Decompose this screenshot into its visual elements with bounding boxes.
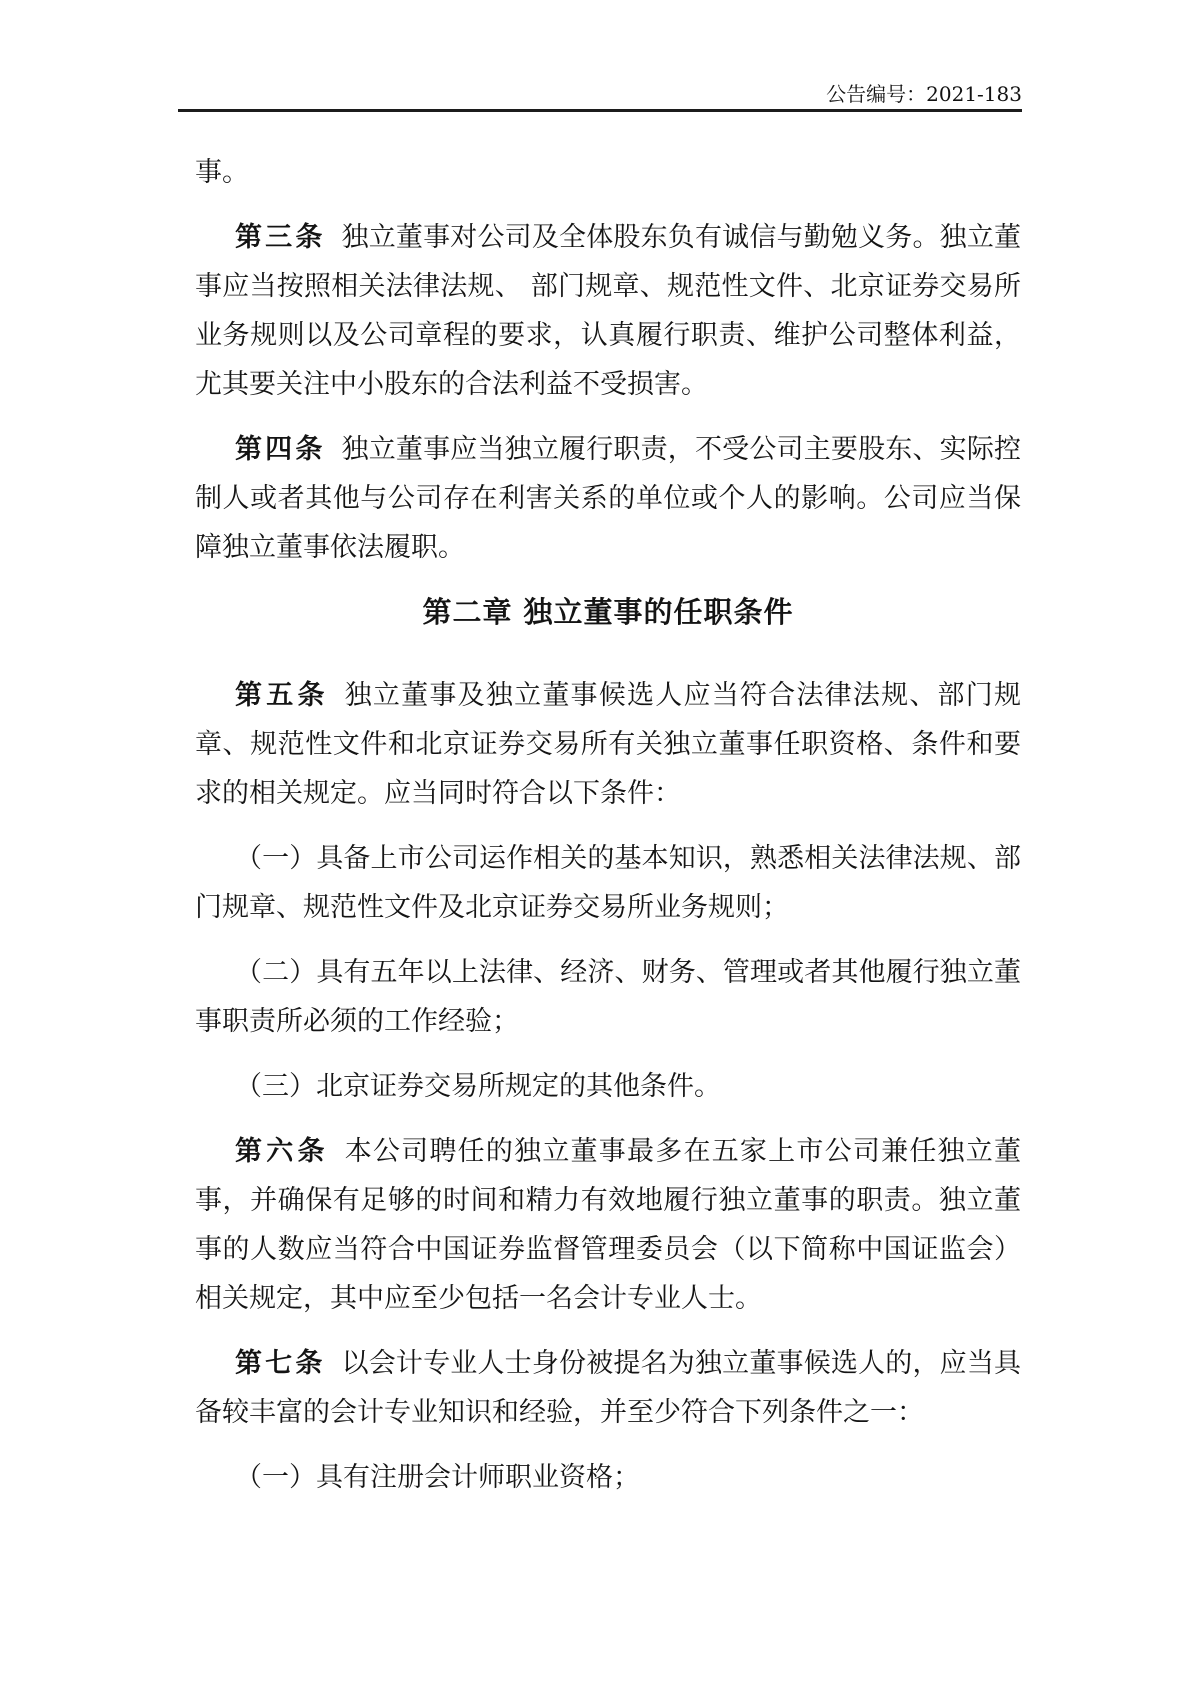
item-paragraph: （三）北京证券交易所规定的其他条件。 bbox=[195, 1062, 1021, 1111]
item-paragraph: （一）具备上市公司运作相关的基本知识，熟悉相关法律法规、部门规章、规范性文件及北… bbox=[195, 834, 1021, 932]
item-paragraph: （一）具有注册会计师职业资格； bbox=[195, 1453, 1021, 1502]
article-number-label: 第四条 bbox=[235, 434, 326, 465]
article-number-label: 第五条 bbox=[235, 680, 329, 711]
article-number-label: 第三条 bbox=[235, 222, 326, 253]
article-paragraph: 第四条独立董事应当独立履行职责，不受公司主要股东、实际控制人或者其他与公司存在利… bbox=[195, 425, 1021, 572]
article-paragraph: 第六条本公司聘任的独立董事最多在五家上市公司兼任独立董事，并确保有足够的时间和精… bbox=[195, 1127, 1021, 1323]
article-paragraph: 第七条以会计专业人士身份被提名为独立董事候选人的，应当具备较丰富的会计专业知识和… bbox=[195, 1339, 1021, 1437]
chapter-heading: 第二章 独立董事的任职条件 bbox=[195, 588, 1021, 637]
article-paragraph: 第五条独立董事及独立董事候选人应当符合法律法规、部门规章、规范性文件和北京证券交… bbox=[195, 671, 1021, 818]
article-number-label: 第七条 bbox=[235, 1348, 326, 1379]
item-paragraph: （二）具有五年以上法律、经济、财务、管理或者其他履行独立董事职责所必须的工作经验… bbox=[195, 948, 1021, 1046]
article-paragraph: 第三条独立董事对公司及全体股东负有诚信与勤勉义务。独立董事应当按照相关法律法规、… bbox=[195, 213, 1021, 409]
header-rule bbox=[178, 109, 1022, 112]
article-number-label: 第六条 bbox=[235, 1136, 329, 1167]
continuation-paragraph: 事。 bbox=[195, 148, 1021, 197]
announcement-number: 公告编号：2021-183 bbox=[178, 82, 1022, 106]
document-page: 公告编号：2021-183 事。第三条独立董事对公司及全体股东负有诚信与勤勉义务… bbox=[0, 0, 1199, 1696]
document-body: 事。第三条独立董事对公司及全体股东负有诚信与勤勉义务。独立董事应当按照相关法律法… bbox=[195, 148, 1021, 1518]
